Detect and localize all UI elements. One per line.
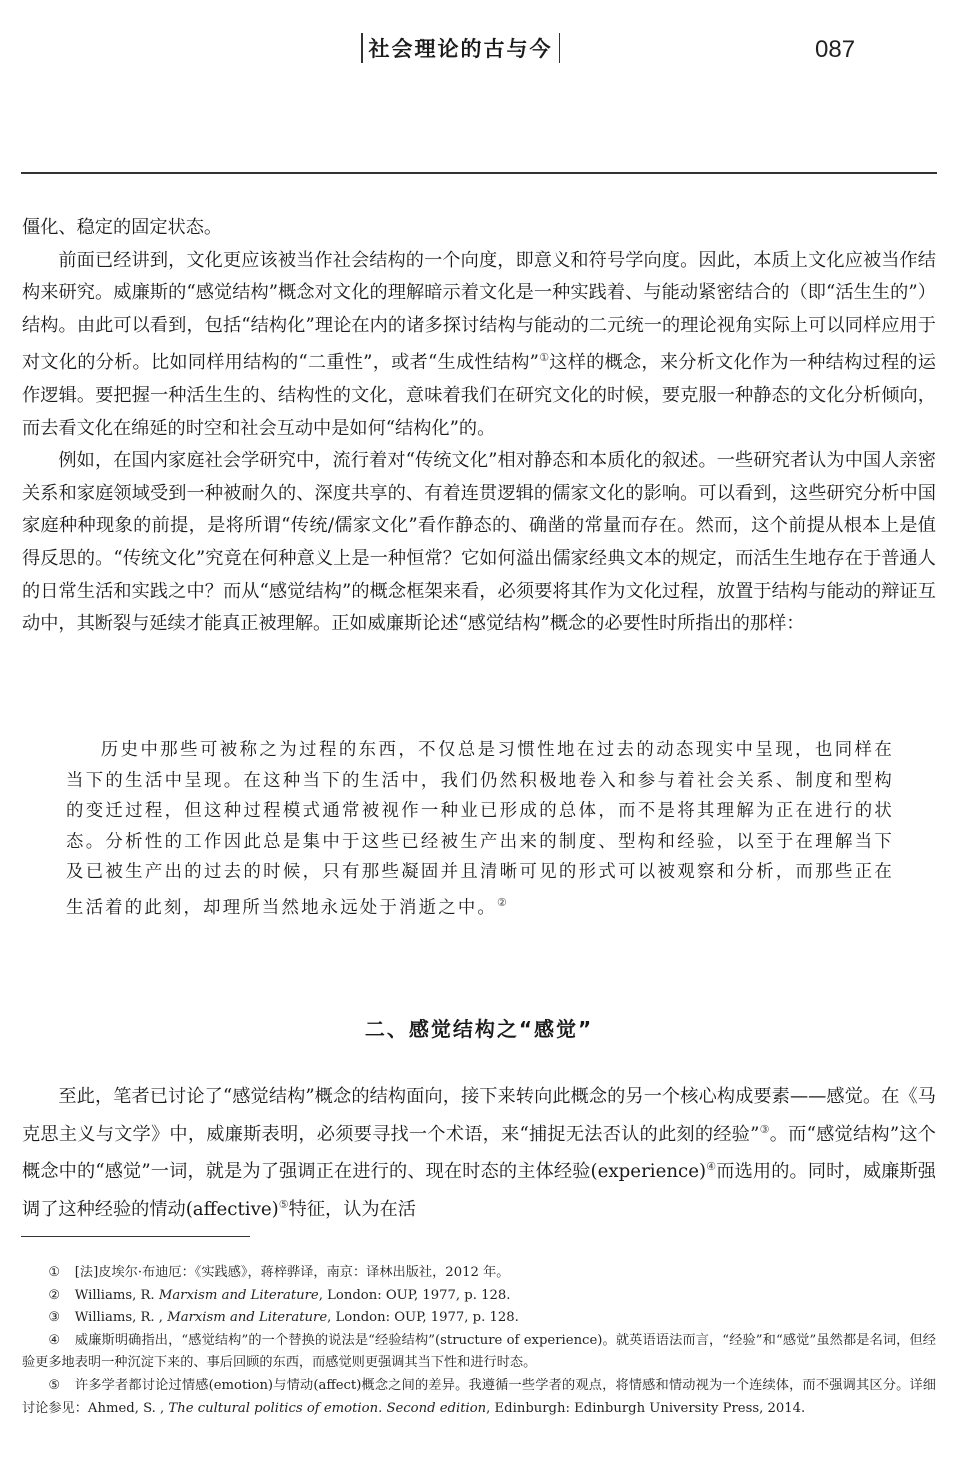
section-body: 至此，笔者已讨论了“感觉结构”概念的结构面向，接下来转向此概念的另一个核心构成要… xyxy=(22,1081,936,1226)
footnote-ref-2[interactable]: ② xyxy=(497,896,509,909)
footnote-ref-4[interactable]: ④ xyxy=(706,1160,716,1173)
page-number: 087 xyxy=(815,36,855,64)
footnote-text: 威廉斯明确指出，“感觉结构”的一个替换的说法是“经验结构”(structure … xyxy=(22,1333,936,1371)
page-header: 社会理论的古与今 087 xyxy=(0,0,958,180)
footnote-3: ③Williams, R. , Marxism and Literature, … xyxy=(22,1307,936,1330)
footnote-text: [法]皮埃尔·布迪厄：《实践感》，蒋梓骅译，南京：译林出版社，2012 年。 xyxy=(75,1265,510,1280)
footnote-book-title: Marxism and Literature xyxy=(159,1288,319,1303)
footnote-separator xyxy=(21,1236,250,1237)
footnote-book-title: Marxism and Literature xyxy=(167,1310,327,1325)
main-body: 僵化、稳定的固定状态。 前面已经讲到，文化更应该被当作社会结构的一个向度，即意义… xyxy=(22,212,936,641)
block-quote-paragraph: 历史中那些可被称之为过程的东西，不仅总是习惯性地在过去的动态现实中呈现，也同样在… xyxy=(66,735,894,923)
title-right-bar xyxy=(559,33,561,63)
footnote-4: ④威廉斯明确指出，“感觉结构”的一个替换的说法是“经验结构”(structure… xyxy=(22,1330,936,1375)
footnote-text: Williams, R. , xyxy=(75,1310,167,1325)
block-quote: 历史中那些可被称之为过程的东西，不仅总是习惯性地在过去的动态现实中呈现，也同样在… xyxy=(66,735,894,923)
block-quote-text: 历史中那些可被称之为过程的东西，不仅总是习惯性地在过去的动态现实中呈现，也同样在… xyxy=(66,740,894,918)
footnote-number: ① xyxy=(48,1262,74,1285)
paragraph-continuation: 僵化、稳定的固定状态。 xyxy=(22,212,936,245)
title-left-bar xyxy=(361,33,363,63)
footnote-2: ②Williams, R. Marxism and Literature, Lo… xyxy=(22,1285,936,1308)
footnotes: ①[法]皮埃尔·布迪厄：《实践感》，蒋梓骅译，南京：译林出版社，2012 年。 … xyxy=(22,1262,936,1420)
footnote-number: ③ xyxy=(48,1307,74,1330)
running-title-text: 社会理论的古与今 xyxy=(369,33,553,63)
running-title: 社会理论的古与今 xyxy=(355,30,566,66)
footnote-number: ② xyxy=(48,1285,74,1308)
footnote-number: ④ xyxy=(48,1330,74,1353)
footnote-text: Williams, R. xyxy=(75,1288,159,1303)
header-rule xyxy=(21,172,937,174)
section-heading: 二、感觉结构之“感觉” xyxy=(0,1013,958,1042)
footnote-text: , London: OUP, 1977, p. 128. xyxy=(327,1310,519,1325)
section-paragraph-1: 至此，笔者已讨论了“感觉结构”概念的结构面向，接下来转向此概念的另一个核心构成要… xyxy=(22,1081,936,1226)
footnote-text: , London: OUP, 1977, p. 128. xyxy=(319,1288,511,1303)
paragraph-2: 例如，在国内家庭社会学研究中，流行着对“传统文化”相对静态和本质化的叙述。一些研… xyxy=(22,445,936,641)
footnote-ref-3[interactable]: ③ xyxy=(759,1123,769,1136)
footnote-5: ⑤许多学者都讨论过情感(emotion)与情动(affect)概念之间的差异。我… xyxy=(22,1375,936,1420)
footnote-text: , Edinburgh: Edinburgh University Press,… xyxy=(486,1401,805,1416)
footnote-1: ①[法]皮埃尔·布迪厄：《实践感》，蒋梓骅译，南京：译林出版社，2012 年。 xyxy=(22,1262,936,1285)
section-text-d: 特征，认为在活 xyxy=(289,1199,416,1220)
paragraph-1: 前面已经讲到，文化更应该被当作社会结构的一个向度，即意义和符号学向度。因此，本质… xyxy=(22,245,936,446)
footnote-ref-5[interactable]: ⑤ xyxy=(279,1198,289,1211)
footnote-book-title: The cultural politics of emotion. Second… xyxy=(168,1401,486,1416)
footnote-ref-1[interactable]: ① xyxy=(539,351,549,364)
footnote-number: ⑤ xyxy=(48,1375,74,1398)
